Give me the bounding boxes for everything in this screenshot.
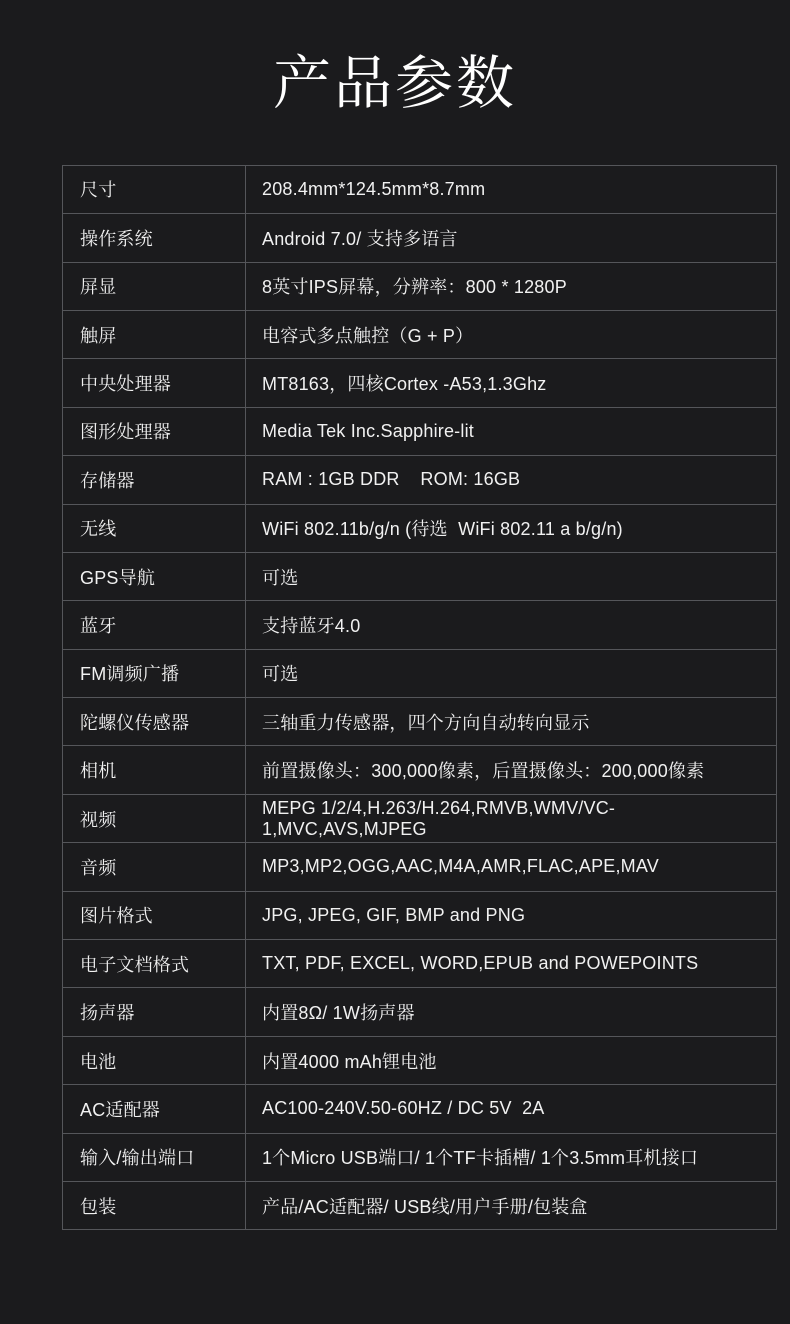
spec-label: 中央处理器 — [63, 359, 246, 407]
spec-label: 视频 — [63, 794, 246, 842]
spec-label: 陀螺仪传感器 — [63, 698, 246, 746]
spec-value: RAM : 1GB DDR ROM: 16GB — [246, 456, 777, 504]
spec-table-body: 尺寸208.4mm*124.5mm*8.7mm操作系统Android 7.0/ … — [63, 165, 777, 1230]
spec-value: 1个Micro USB端口/ 1个TF卡插槽/ 1个3.5mm耳机接口 — [246, 1133, 777, 1181]
spec-label: 操作系统 — [63, 214, 246, 262]
spec-label: 包装 — [63, 1182, 246, 1230]
spec-value: Media Tek Inc.Sapphire-lit — [246, 407, 777, 455]
table-row: 无线WiFi 802.11b/g/n (待选 WiFi 802.11 a b/g… — [63, 504, 777, 552]
spec-value: 可选 — [246, 552, 777, 600]
spec-label: 触屏 — [63, 310, 246, 358]
spec-value: MEPG 1/2/4,H.263/H.264,RMVB,WMV/VC-1,MVC… — [246, 794, 777, 842]
spec-label: 电池 — [63, 1036, 246, 1084]
table-row: 触屏电容式多点触控（G + P） — [63, 310, 777, 358]
spec-label: GPS导航 — [63, 552, 246, 600]
table-row: 电子文档格式TXT, PDF, EXCEL, WORD,EPUB and POW… — [63, 940, 777, 988]
table-row: 尺寸208.4mm*124.5mm*8.7mm — [63, 165, 777, 213]
table-row: FM调频广播可选 — [63, 649, 777, 697]
table-row: 蓝牙支持蓝牙4.0 — [63, 601, 777, 649]
table-row: 中央处理器MT8163，四核Cortex -A53,1.3Ghz — [63, 359, 777, 407]
spec-value: 208.4mm*124.5mm*8.7mm — [246, 165, 777, 213]
spec-label: 电子文档格式 — [63, 940, 246, 988]
table-row: 图形处理器Media Tek Inc.Sapphire-lit — [63, 407, 777, 455]
spec-label: FM调频广播 — [63, 649, 246, 697]
spec-value: 8英寸IPS屏幕，分辨率：800 * 1280P — [246, 262, 777, 310]
table-row: 操作系统Android 7.0/ 支持多语言 — [63, 214, 777, 262]
spec-value: 支持蓝牙4.0 — [246, 601, 777, 649]
spec-value: MP3,MP2,OGG,AAC,M4A,AMR,FLAC,APE,MAV — [246, 843, 777, 891]
table-row: 相机前置摄像头：300,000像素，后置摄像头：200,000像素 — [63, 746, 777, 794]
spec-value: 三轴重力传感器，四个方向自动转向显示 — [246, 698, 777, 746]
spec-label: 相机 — [63, 746, 246, 794]
page-title: 产品参数 — [0, 0, 790, 116]
spec-value: 内置8Ω/ 1W扬声器 — [246, 988, 777, 1036]
spec-label: 存储器 — [63, 456, 246, 504]
table-row: 扬声器内置8Ω/ 1W扬声器 — [63, 988, 777, 1036]
spec-label: 屏显 — [63, 262, 246, 310]
table-row: 包装产品/AC适配器/ USB线/用户手册/包装盒 — [63, 1182, 777, 1230]
spec-label: 输入/输出端口 — [63, 1133, 246, 1181]
spec-table: 尺寸208.4mm*124.5mm*8.7mm操作系统Android 7.0/ … — [62, 165, 777, 1231]
spec-sheet-page: 产品参数 尺寸208.4mm*124.5mm*8.7mm操作系统Android … — [0, 0, 790, 1324]
spec-label: 无线 — [63, 504, 246, 552]
spec-value: 产品/AC适配器/ USB线/用户手册/包装盒 — [246, 1182, 777, 1230]
table-row: AC适配器AC100-240V.50-60HZ / DC 5V 2A — [63, 1085, 777, 1133]
spec-label: 蓝牙 — [63, 601, 246, 649]
table-row: 输入/输出端口1个Micro USB端口/ 1个TF卡插槽/ 1个3.5mm耳机… — [63, 1133, 777, 1181]
table-row: 音频MP3,MP2,OGG,AAC,M4A,AMR,FLAC,APE,MAV — [63, 843, 777, 891]
table-row: 屏显8英寸IPS屏幕，分辨率：800 * 1280P — [63, 262, 777, 310]
spec-value: JPG, JPEG, GIF, BMP and PNG — [246, 891, 777, 939]
spec-value: MT8163，四核Cortex -A53,1.3Ghz — [246, 359, 777, 407]
table-row: 存储器RAM : 1GB DDR ROM: 16GB — [63, 456, 777, 504]
spec-label: AC适配器 — [63, 1085, 246, 1133]
table-row: GPS导航可选 — [63, 552, 777, 600]
table-row: 图片格式JPG, JPEG, GIF, BMP and PNG — [63, 891, 777, 939]
spec-value: 电容式多点触控（G + P） — [246, 310, 777, 358]
spec-value: Android 7.0/ 支持多语言 — [246, 214, 777, 262]
spec-label: 音频 — [63, 843, 246, 891]
spec-label: 图片格式 — [63, 891, 246, 939]
spec-value: 前置摄像头：300,000像素，后置摄像头：200,000像素 — [246, 746, 777, 794]
spec-value: 内置4000 mAh锂电池 — [246, 1036, 777, 1084]
table-row: 视频MEPG 1/2/4,H.263/H.264,RMVB,WMV/VC-1,M… — [63, 794, 777, 842]
spec-label: 图形处理器 — [63, 407, 246, 455]
spec-label: 扬声器 — [63, 988, 246, 1036]
spec-label: 尺寸 — [63, 165, 246, 213]
spec-value: 可选 — [246, 649, 777, 697]
spec-value: WiFi 802.11b/g/n (待选 WiFi 802.11 a b/g/n… — [246, 504, 777, 552]
spec-value: AC100-240V.50-60HZ / DC 5V 2A — [246, 1085, 777, 1133]
table-row: 电池内置4000 mAh锂电池 — [63, 1036, 777, 1084]
spec-value: TXT, PDF, EXCEL, WORD,EPUB and POWEPOINT… — [246, 940, 777, 988]
table-row: 陀螺仪传感器三轴重力传感器，四个方向自动转向显示 — [63, 698, 777, 746]
